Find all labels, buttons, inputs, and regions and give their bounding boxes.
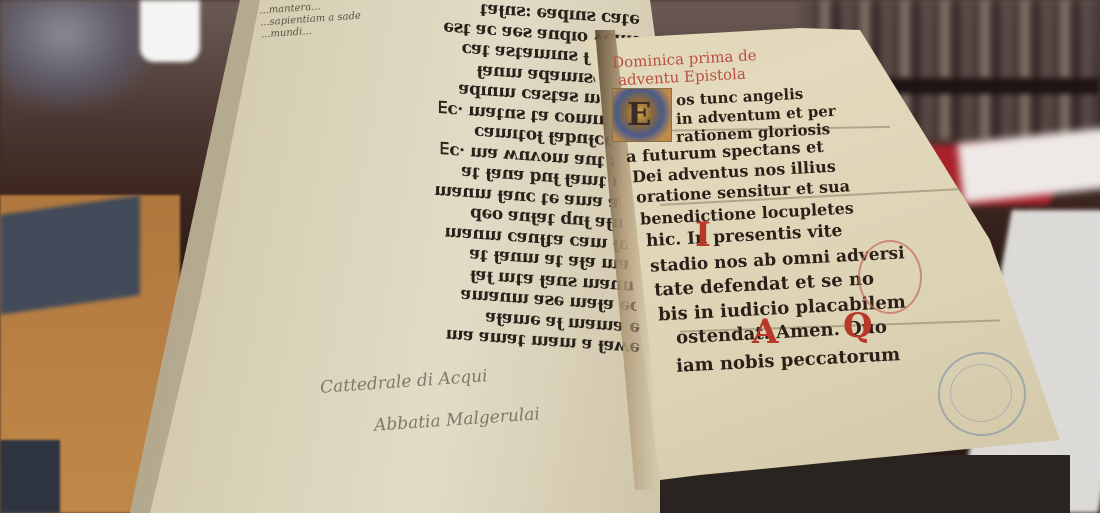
library-stamp xyxy=(938,352,1026,436)
red-initial: A xyxy=(752,312,778,352)
stamp-inner-ring xyxy=(950,364,1012,422)
photo-scene: ...mantera... ...sapientiam a sade ...mu… xyxy=(0,0,1100,513)
illuminated-initial: E xyxy=(612,88,672,142)
illuminated-letter: E xyxy=(627,95,651,133)
red-flourish xyxy=(858,240,922,314)
red-initial: Q xyxy=(843,306,873,346)
left-page-top-notes: ...mantera... ...sapientiam a sade ...mu… xyxy=(259,0,362,41)
background-person-blur xyxy=(0,0,160,110)
background-window-light xyxy=(140,0,200,62)
blue-reading-mat xyxy=(0,195,140,315)
blue-mat-corner xyxy=(0,440,60,513)
red-initial: I xyxy=(695,215,711,255)
